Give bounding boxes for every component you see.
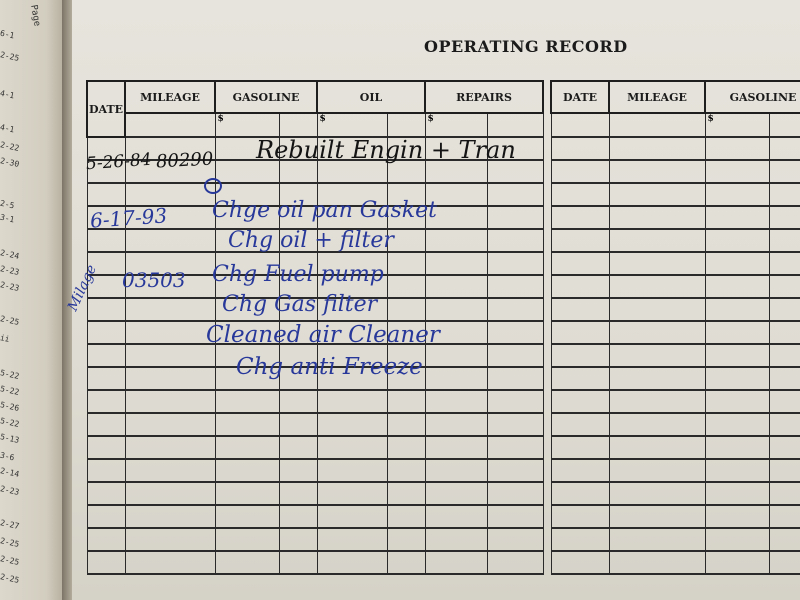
- ledger-cell: [387, 551, 425, 574]
- ledger-row: [551, 413, 800, 436]
- repairs-dollar-cell: $: [425, 113, 487, 137]
- ledger-cell: [551, 367, 609, 390]
- ledger-cell: [551, 551, 609, 574]
- ledger-cell: [87, 390, 125, 413]
- ledger-cell: [425, 252, 487, 275]
- ledger-cell: [487, 459, 543, 482]
- index-entry: 2-25: [0, 314, 20, 327]
- ledger-cell: [551, 183, 609, 206]
- ledger-cell: [551, 344, 609, 367]
- column-header-date: DATE: [551, 81, 609, 113]
- oil-dollar-cell: $: [317, 113, 387, 137]
- ledger-cell: [705, 436, 769, 459]
- index-entry: 2-23: [0, 264, 20, 277]
- entry-5-description: Chg Gas filter: [222, 292, 377, 317]
- gasoline-dollar-cell: $: [705, 113, 769, 137]
- index-entry: 3-6: [0, 451, 15, 463]
- ledger-cell: [387, 505, 425, 528]
- index-entry: 2-25: [0, 536, 20, 549]
- ledger-cell: [609, 298, 705, 321]
- index-entry: 5-13: [0, 432, 20, 445]
- entry-4-description: Chg Fuel pump: [212, 262, 384, 287]
- ledger-cell: [551, 252, 609, 275]
- ledger-cell: [215, 505, 279, 528]
- ledger-cell: [551, 390, 609, 413]
- index-entry: 2-23: [0, 280, 20, 293]
- ledger-cell: [551, 505, 609, 528]
- ledger-cell: [317, 505, 387, 528]
- ledger-cell: [215, 436, 279, 459]
- ledger-cell: [769, 367, 800, 390]
- ledger-cell: [609, 505, 705, 528]
- ledger-cell: [769, 390, 800, 413]
- ledger-cell: [769, 344, 800, 367]
- ledger-cell: [551, 436, 609, 459]
- ledger-row: [551, 275, 800, 298]
- ledger-cell: [87, 528, 125, 551]
- ledger-cell: [705, 551, 769, 574]
- gasoline-dollar-cell: $: [215, 113, 279, 137]
- ledger-cell: [125, 505, 215, 528]
- ledger-cell: [215, 482, 279, 505]
- ledger-cell: [705, 298, 769, 321]
- ledger-cell: [769, 229, 800, 252]
- operating-record-page: OPERATING RECORD DATE MILEAGE GASOLINE O…: [72, 0, 800, 600]
- ledger-row: [87, 413, 543, 436]
- ledger-cell: [125, 344, 215, 367]
- ledger-cell: [387, 413, 425, 436]
- ledger-cell: [125, 482, 215, 505]
- ledger-cell: [425, 528, 487, 551]
- ledger-cell: [125, 436, 215, 459]
- index-entry: 4-1: [0, 89, 15, 101]
- index-entry: 2-24: [0, 248, 20, 261]
- column-header-repairs: REPAIRS: [425, 81, 543, 113]
- index-entry: 2-23: [0, 484, 20, 497]
- ledger-cell: [705, 229, 769, 252]
- ledger-cell: [551, 482, 609, 505]
- date-subcell: [551, 113, 609, 137]
- ledger-row: [87, 528, 543, 551]
- ledger-cell: [769, 436, 800, 459]
- ledger-cell: [769, 459, 800, 482]
- ledger-cell: [279, 528, 317, 551]
- index-entry: 2-14: [0, 466, 20, 479]
- ledger-cell: [769, 275, 800, 298]
- ledger-cell: [769, 528, 800, 551]
- ledger-cell: [387, 390, 425, 413]
- ledger-cell: [551, 275, 609, 298]
- ledger-row: [87, 390, 543, 413]
- column-header-mileage: MILEAGE: [609, 81, 705, 113]
- ledger-cell: [87, 298, 125, 321]
- ledger-cell: [609, 275, 705, 298]
- oil-cents-cell: [387, 113, 425, 137]
- ledger-cell: [609, 160, 705, 183]
- ledger-cell: [609, 344, 705, 367]
- ledger-cell: [551, 160, 609, 183]
- ledger-cell: [279, 390, 317, 413]
- column-header-gasoline: GASOLINE: [215, 81, 317, 113]
- ledger-row: [551, 528, 800, 551]
- ledger-cell: [87, 413, 125, 436]
- ledger-cell: [317, 436, 387, 459]
- ledger-cell: [87, 459, 125, 482]
- ledger-cell: [125, 367, 215, 390]
- ledger-row: [551, 160, 800, 183]
- ledger-cell: [705, 390, 769, 413]
- index-entry: 5-22: [0, 384, 20, 397]
- ledger-cell: [387, 436, 425, 459]
- ledger-cell: [705, 252, 769, 275]
- ledger-cell: [487, 229, 543, 252]
- entry-1-description: Rebuilt Engin + Tran: [256, 136, 516, 164]
- previous-page-index: Page 6-1 2-25 4-1 4-1 2-22 2-30 2-5 3-1 …: [0, 0, 64, 600]
- ledger-cell: [769, 413, 800, 436]
- ledger-cell: [609, 367, 705, 390]
- index-page-heading: Page: [28, 4, 42, 27]
- ledger-cell: [487, 321, 543, 344]
- ledger-row: [87, 505, 543, 528]
- ledger-cell: [125, 229, 215, 252]
- ledger-cell: [425, 459, 487, 482]
- ledger-cell: [609, 252, 705, 275]
- ledger-row: [87, 459, 543, 482]
- ledger-cell: [609, 528, 705, 551]
- ledger-cell: [705, 344, 769, 367]
- ledger-cell: [705, 275, 769, 298]
- ledger-cell: [769, 505, 800, 528]
- ledger-cell: [487, 551, 543, 574]
- index-entry: ii: [0, 333, 10, 344]
- ledger-row: [551, 321, 800, 344]
- ledger-cell: [87, 344, 125, 367]
- ledger-row: [551, 344, 800, 367]
- ledger-cell: [769, 252, 800, 275]
- index-entry: 2-25: [0, 572, 20, 585]
- ledger-cell: [125, 390, 215, 413]
- ledger-cell: [609, 206, 705, 229]
- ledger-cell: [705, 413, 769, 436]
- ledger-cell: [87, 505, 125, 528]
- ledger-cell: [317, 390, 387, 413]
- ledger-row: [551, 298, 800, 321]
- index-entry: 5-26: [0, 400, 20, 413]
- ledger-cell: [87, 321, 125, 344]
- column-header-mileage: MILEAGE: [125, 81, 215, 113]
- ledger-cell: [425, 505, 487, 528]
- ledger-cell: [769, 551, 800, 574]
- ledger-cell: [487, 344, 543, 367]
- ledger-right-rows: [551, 137, 800, 574]
- ledger-cell: [609, 229, 705, 252]
- ledger-cell: [125, 183, 215, 206]
- ledger-cell: [487, 298, 543, 321]
- ledger-row: [87, 436, 543, 459]
- ledger-cell: [551, 321, 609, 344]
- ledger-cell: [705, 160, 769, 183]
- ledger-row: [87, 551, 543, 574]
- ledger-cell: [425, 367, 487, 390]
- ledger-cell: [215, 459, 279, 482]
- ledger-cell: [487, 413, 543, 436]
- ledger-cell: [87, 367, 125, 390]
- column-header-oil: OIL: [317, 81, 425, 113]
- ledger-cell: [487, 436, 543, 459]
- ledger-cell: [425, 482, 487, 505]
- ledger-cell: [87, 183, 125, 206]
- ledger-cell: [705, 321, 769, 344]
- ledger-cell: [487, 252, 543, 275]
- ledger-cell: [125, 413, 215, 436]
- ledger-cell: [279, 482, 317, 505]
- ledger-cell: [125, 298, 215, 321]
- index-entry: 4-1: [0, 123, 15, 135]
- ledger-cell: [87, 551, 125, 574]
- ledger-row: [551, 505, 800, 528]
- ledger-cell: [317, 482, 387, 505]
- ledger-cell: [387, 528, 425, 551]
- entry-7-description: Chg anti Freeze: [236, 354, 423, 380]
- ledger-cell: [705, 206, 769, 229]
- gasoline-cents-cell: [769, 113, 800, 137]
- ledger-cell: [551, 137, 609, 160]
- ledger-cell: [705, 367, 769, 390]
- ledger-row: [551, 183, 800, 206]
- ledger-cell: [769, 160, 800, 183]
- ledger-cell: [279, 551, 317, 574]
- column-header-date: DATE: [87, 81, 125, 137]
- ledger-cell: [609, 183, 705, 206]
- ledger-cell: [551, 459, 609, 482]
- ledger-row: [551, 229, 800, 252]
- ledger-cell: [551, 413, 609, 436]
- ledger-cell: [387, 252, 425, 275]
- ledger-table-right: DATE MILEAGE GASOLINE $: [550, 80, 800, 575]
- ledger-row: [551, 436, 800, 459]
- ink-circle-mark: [204, 178, 222, 194]
- ledger-cell: [87, 436, 125, 459]
- ledger-cell: [551, 528, 609, 551]
- ledger-cell: [769, 482, 800, 505]
- ledger-cell: [387, 459, 425, 482]
- ledger-cell: [425, 229, 487, 252]
- ledger-cell: [609, 459, 705, 482]
- ledger-row: [551, 137, 800, 160]
- ledger-cell: [317, 459, 387, 482]
- index-entry: 2-22: [0, 140, 20, 153]
- index-entry: 3-1: [0, 213, 15, 225]
- index-entry: 2-25: [0, 554, 20, 567]
- mileage-subcell: [125, 113, 215, 137]
- page-title: OPERATING RECORD: [424, 37, 628, 56]
- ledger-cell: [609, 390, 705, 413]
- ledger-row: [551, 367, 800, 390]
- ledger-cell: [425, 298, 487, 321]
- index-entry: 6-1: [0, 29, 15, 41]
- ledger-cell: [279, 505, 317, 528]
- ledger-cell: [487, 390, 543, 413]
- entry-6-description: Cleaned air Cleaner: [206, 322, 440, 348]
- ledger-cell: [317, 413, 387, 436]
- ledger-cell: [279, 436, 317, 459]
- ledger-cell: [705, 505, 769, 528]
- ledger-cell: [769, 206, 800, 229]
- ledger-cell: [769, 298, 800, 321]
- ledger-cell: [609, 482, 705, 505]
- ledger-row: [551, 459, 800, 482]
- ledger-cell: [551, 298, 609, 321]
- ledger-cell: [705, 528, 769, 551]
- entry-4-mileage: 03503: [122, 268, 186, 292]
- index-entry: 2-30: [0, 156, 20, 169]
- ledger-row: [551, 252, 800, 275]
- ledger-cell: [215, 551, 279, 574]
- repairs-cents-cell: [487, 113, 543, 137]
- ledger-cell: [551, 229, 609, 252]
- column-header-gasoline: GASOLINE: [705, 81, 800, 113]
- entry-3-description: Chg oil + filter: [228, 228, 394, 253]
- ledger-cell: [551, 206, 609, 229]
- index-entry: 2-5: [0, 199, 15, 211]
- ledger-cell: [279, 459, 317, 482]
- ledger-cell: [769, 137, 800, 160]
- ledger-cell: [125, 459, 215, 482]
- gasoline-cents-cell: [279, 113, 317, 137]
- ledger-cell: [125, 551, 215, 574]
- ledger-cell: [705, 459, 769, 482]
- ledger-cell: [317, 551, 387, 574]
- ledger-cell: [487, 505, 543, 528]
- ledger-row: [551, 482, 800, 505]
- ledger-cell: [425, 413, 487, 436]
- ledger-cell: [425, 436, 487, 459]
- index-entry: 2-25: [0, 50, 20, 63]
- ledger-cell: [425, 390, 487, 413]
- ledger-cell: [609, 413, 705, 436]
- ledger-cell: [487, 275, 543, 298]
- ledger-cell: [215, 413, 279, 436]
- ledger-cell: [215, 390, 279, 413]
- ledger-cell: [125, 321, 215, 344]
- ledger-cell: [317, 528, 387, 551]
- ledger-cell: [387, 298, 425, 321]
- ledger-cell: [425, 551, 487, 574]
- ledger-cell: [387, 482, 425, 505]
- ledger-row: [551, 551, 800, 574]
- entry-2-description: Chge oil pan Gasket: [212, 198, 437, 223]
- ledger-row: [551, 390, 800, 413]
- ledger-cell: [487, 528, 543, 551]
- ledger-cell: [769, 321, 800, 344]
- index-entry: 5-22: [0, 416, 20, 429]
- entry-1-mileage: 80290: [155, 149, 213, 173]
- ledger-cell: [425, 275, 487, 298]
- ledger-cell: [705, 482, 769, 505]
- ledger-cell: [769, 183, 800, 206]
- ledger-cell: [705, 137, 769, 160]
- ledger-cell: [609, 321, 705, 344]
- ledger-cell: [387, 275, 425, 298]
- ledger-cell: [487, 183, 543, 206]
- ledger-cell: [215, 528, 279, 551]
- ledger-cell: [487, 206, 543, 229]
- ledger-cell: [609, 551, 705, 574]
- index-entry: 2-27: [0, 518, 20, 531]
- ledger-cell: [125, 528, 215, 551]
- mileage-subcell: [609, 113, 705, 137]
- ledger-cell: [279, 413, 317, 436]
- ledger-cell: [487, 482, 543, 505]
- ledger-cell: [609, 436, 705, 459]
- ledger-row: [87, 482, 543, 505]
- ledger-cell: [487, 367, 543, 390]
- ledger-cell: [87, 482, 125, 505]
- ledger-cell: [705, 183, 769, 206]
- index-entry: 5-22: [0, 368, 20, 381]
- ledger-cell: [609, 137, 705, 160]
- ledger-row: [551, 206, 800, 229]
